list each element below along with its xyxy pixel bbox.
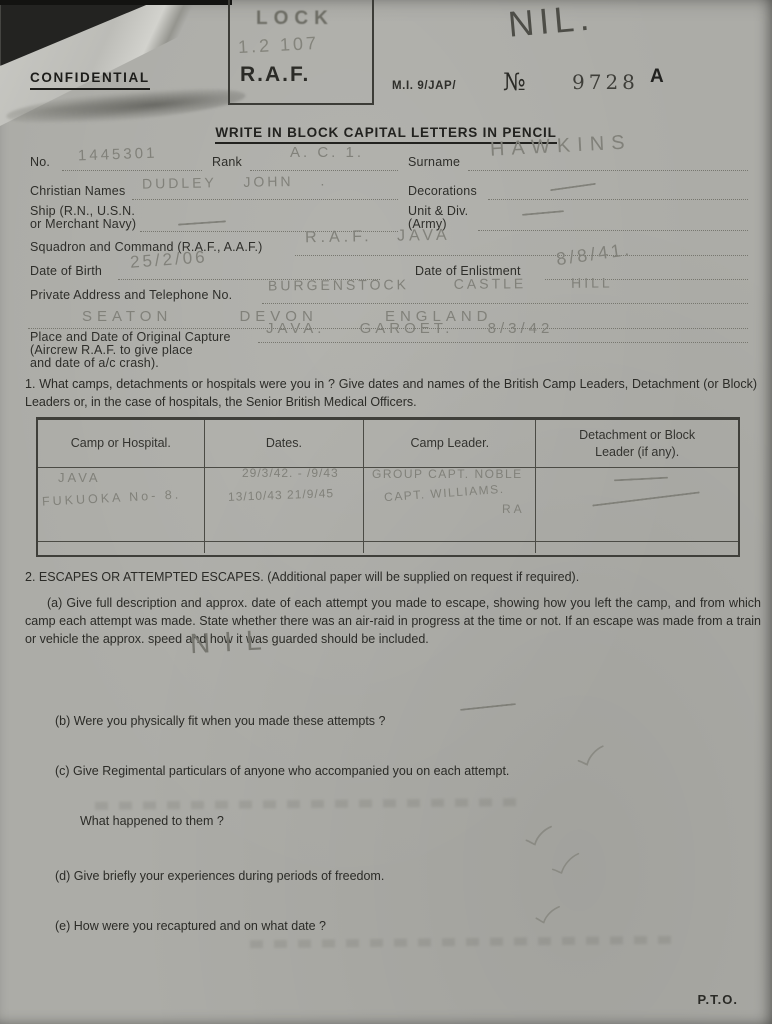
field-label-unit-1: Unit & Div. bbox=[408, 204, 468, 218]
column-header-detachment: Detachment or Block Leader (if any). bbox=[536, 420, 738, 467]
camp-table-header-row: Camp or Hospital. Dates. Camp Leader. De… bbox=[38, 420, 738, 468]
pencil-check-icon bbox=[523, 824, 555, 847]
field-value-address-1: BURGENSTOCK CASTLE HILL bbox=[268, 274, 613, 293]
dotted-line bbox=[295, 254, 748, 256]
column-header-dates: Dates. bbox=[205, 420, 365, 467]
field-label-ship-2: or Merchant Navy) bbox=[30, 217, 136, 231]
nil-annotation: NIL. bbox=[506, 0, 595, 46]
column-header-detachment-line1: Detachment or Block bbox=[579, 428, 695, 442]
numero-sign: № bbox=[503, 68, 526, 96]
column-header-leader: Camp Leader. bbox=[364, 420, 536, 467]
field-label-surname: Surname bbox=[408, 155, 460, 169]
dotted-line bbox=[478, 229, 748, 231]
pencil-check-icon bbox=[533, 905, 563, 926]
column-header-detachment-line2: Leader (if any). bbox=[595, 445, 679, 459]
question-2a: (a) Give full description and approx. da… bbox=[25, 594, 761, 648]
question-2e: (e) How were you recaptured and on what … bbox=[55, 917, 675, 935]
pencil-check-icon bbox=[575, 744, 607, 768]
pencil-dash bbox=[550, 183, 596, 191]
scan-edge-strip bbox=[0, 0, 232, 5]
pencil-dash bbox=[522, 210, 564, 216]
field-label-ship-1: Ship (R.N., U.S.N. bbox=[30, 204, 135, 218]
stamp-line-lock: LOCK bbox=[256, 8, 334, 30]
question-2b: (b) Were you physically fit when you mad… bbox=[55, 712, 675, 730]
bleed-through-text bbox=[95, 798, 525, 810]
camp-table: Camp or Hospital. Dates. Camp Leader. De… bbox=[36, 417, 740, 557]
dotted-line bbox=[468, 169, 748, 171]
bleed-through-text bbox=[250, 936, 682, 949]
field-value-christian-names: DUDLEY JOHN . bbox=[142, 172, 328, 191]
dotted-line bbox=[258, 341, 748, 343]
field-label-date-of-birth: Date of Birth bbox=[30, 264, 102, 278]
field-label-capture-2: (Aircrew R.A.F. to give place bbox=[30, 343, 193, 357]
field-label-capture-1: Place and Date of Original Capture bbox=[30, 330, 231, 344]
scanned-pow-questionnaire-page: CONFIDENTIAL LOCK 1.2 107 R.A.F. NIL. M.… bbox=[0, 0, 772, 1024]
table-row: 29/3/42. - /9/43 bbox=[242, 466, 339, 480]
table-row: GROUP CAPT. NOBLE bbox=[372, 467, 523, 481]
raf-receipt-stamp-box: LOCK 1.2 107 R.A.F. bbox=[228, 0, 374, 105]
column-header-camp: Camp or Hospital. bbox=[38, 420, 205, 467]
field-value-rank: A. C. 1. bbox=[290, 144, 364, 161]
pto-footer: P.T.O. bbox=[698, 992, 738, 1007]
dotted-line bbox=[250, 169, 398, 171]
field-value-date-of-enlistment: 8/8/41. bbox=[555, 239, 633, 270]
dotted-line bbox=[132, 198, 398, 200]
field-value-capture: JAVA. GAROET. 8/3/42 bbox=[266, 320, 553, 337]
table-row: RA bbox=[502, 502, 525, 516]
field-label-capture-3: and date of a/c crash). bbox=[30, 356, 159, 370]
field-label-address: Private Address and Telephone No. bbox=[30, 288, 232, 302]
dotted-line bbox=[62, 169, 202, 171]
question-1: 1. What camps, detachments or hospitals … bbox=[25, 375, 757, 411]
ref-suffix: A bbox=[650, 66, 664, 88]
field-label-decorations: Decorations bbox=[408, 184, 477, 198]
field-label-no: No. bbox=[30, 155, 50, 169]
stamp-line-number: 1.2 107 bbox=[238, 33, 320, 58]
ref-prefix: M.I. 9/JAP/ bbox=[392, 80, 456, 92]
pencil-dash bbox=[178, 220, 226, 225]
field-label-rank: Rank bbox=[212, 155, 242, 169]
dotted-line bbox=[262, 302, 748, 304]
field-value-date-of-birth: 25/2/06 bbox=[129, 247, 208, 272]
confidential-stamp: CONFIDENTIAL bbox=[30, 70, 150, 90]
camp-table-empty-row bbox=[38, 542, 738, 553]
question-2c-followup: What happened to them ? bbox=[80, 812, 480, 830]
field-value-no: 1445301 bbox=[78, 145, 158, 165]
question-2-heading: 2. ESCAPES OR ATTEMPTED ESCAPES. (Additi… bbox=[25, 568, 757, 586]
stamp-line-raf: R.A.F. bbox=[240, 63, 310, 87]
field-value-squadron: R.A.F. JAVA bbox=[305, 227, 451, 248]
field-label-christian-names: Christian Names bbox=[30, 184, 125, 198]
table-row: JAVA bbox=[58, 470, 101, 485]
pencil-dash bbox=[460, 703, 516, 711]
ref-number: 9728 bbox=[572, 70, 639, 94]
dotted-line bbox=[488, 198, 748, 200]
form-title: WRITE IN BLOCK CAPITAL LETTERS IN PENCIL bbox=[0, 124, 772, 144]
answer-2a-nil: NIL bbox=[189, 624, 276, 660]
